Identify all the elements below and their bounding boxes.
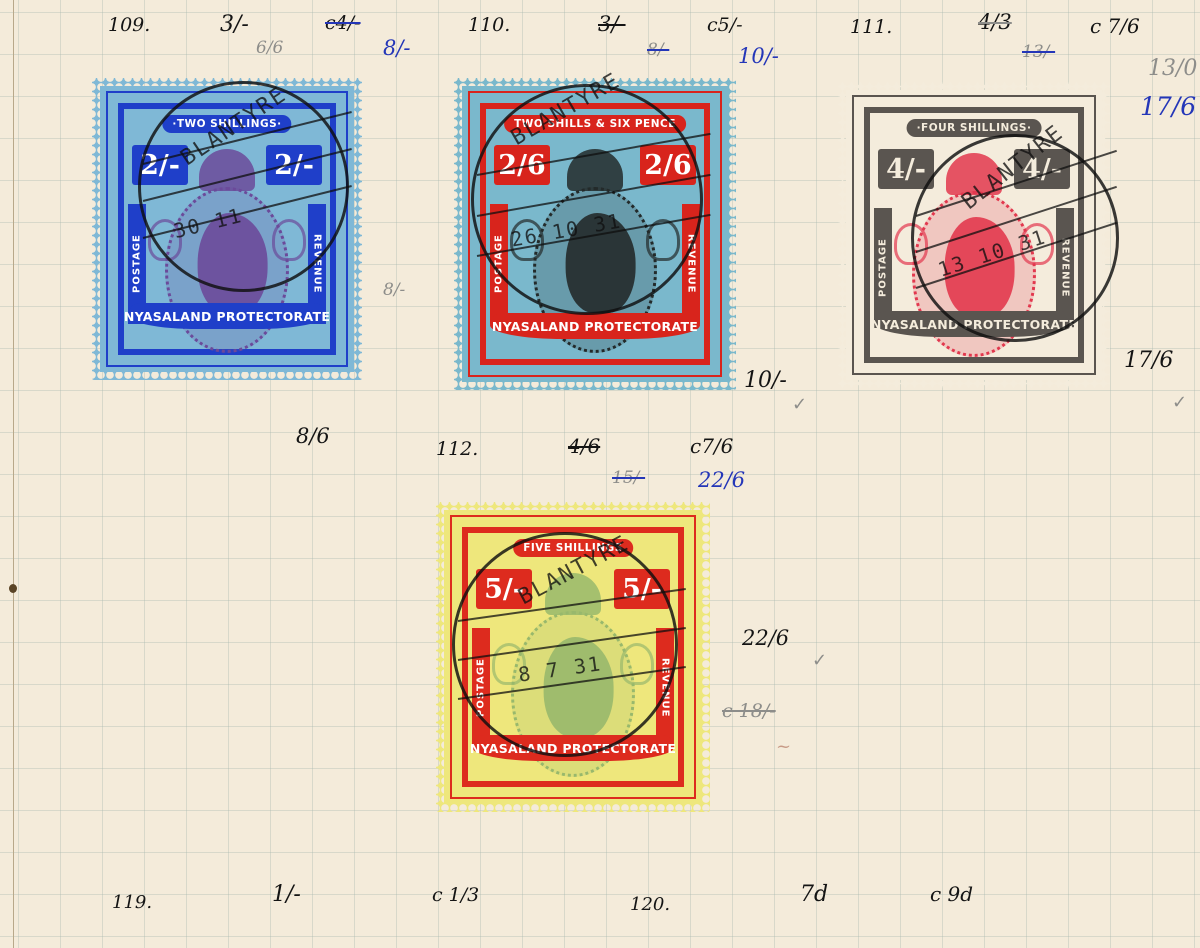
entry-110-catalogue: c5/- [707,16,743,35]
entry-111-pencil-note: 13/- [1022,44,1055,61]
stamp-two-shillings: ·TWO SHILLINGS· 2/- 2/- POSTAGE REVENUE … [92,78,362,380]
entry-112-pencil-struck: 15/- [612,470,645,487]
entry-number-111: 111. [850,18,892,37]
entry-119-catalogue: c 1/3 [432,886,479,905]
country-banner: NYASALAND PROTECTORATE [128,303,326,329]
entry-120-catalogue: c 9d [930,884,973,904]
stamp-four-shillings: ·FOUR SHILLINGS· 4/- 4/- POSTAGE REVENUE… [838,82,1110,388]
entry-110-below-note: 10/- [744,370,787,392]
stamp-five-shillings: FIVE SHILLINGS 5/- 5/- POSTAGE REVENUE N… [436,502,710,812]
country-banner: NYASALAND PROTECTORATE [490,313,700,339]
margin-line [13,0,14,948]
entry-110-blue-note: 10/- [738,46,779,67]
entry-112-catalogue: c7/6 [690,436,733,456]
entry-109-below-note: 8/6 [296,426,330,447]
entry-number-110: 110. [468,16,510,35]
entry-109-catalogue-struck: c4/- [325,14,361,33]
entry-111-catalogue: c 7/6 [1090,16,1140,36]
entry-112-side-note: 22/6 [742,628,789,649]
entry-110-pencil-note: 8/- [647,42,669,59]
squiggle-mark: ~ [776,738,791,756]
checkmark-icon: ✓ [792,394,807,415]
album-page: 109. 3/- 6/6 c4/- 8/- 8/- 8/6 110. 3/- c… [0,0,1200,948]
entry-109-pencil-side: 8/- [383,282,405,299]
entry-number-119: 119. [112,894,152,912]
checkmark-icon: ✓ [812,650,827,671]
postmark [471,84,703,316]
entry-112-blue-note: 22/6 [698,470,745,491]
entry-109-price: 3/- [220,14,249,36]
checkmark-icon: ✓ [1172,392,1187,413]
entry-110-price-struck: 3/- [598,14,626,35]
entry-112-pencil-struck-side: c 18/- [722,702,776,721]
entry-109-blue-note: 8/- [383,38,411,59]
punch-hole [9,584,17,593]
entry-111-blue-note: 17/6 [1140,94,1196,119]
entry-112-price: 4/6 [568,436,600,456]
entry-111-pencil-side: 13/0 [1148,58,1197,80]
entry-109-pencil-note: 6/6 [256,40,283,57]
entry-119-price: 1/- [272,884,301,906]
entry-number-120: 120. [630,896,670,914]
entry-number-109: 109. [108,16,150,35]
entry-number-112: 112. [436,440,478,459]
postage-label: POSTAGE [874,208,892,328]
stamp-two-shillings-six-pence: TWO SHILLS & SIX PENCE 2/6 2/6 POSTAGE R… [454,78,736,390]
entry-111-price: 4/3 [978,12,1012,33]
entry-111-below-note: 17/6 [1124,350,1173,372]
entry-120-price: 7d [800,884,828,906]
